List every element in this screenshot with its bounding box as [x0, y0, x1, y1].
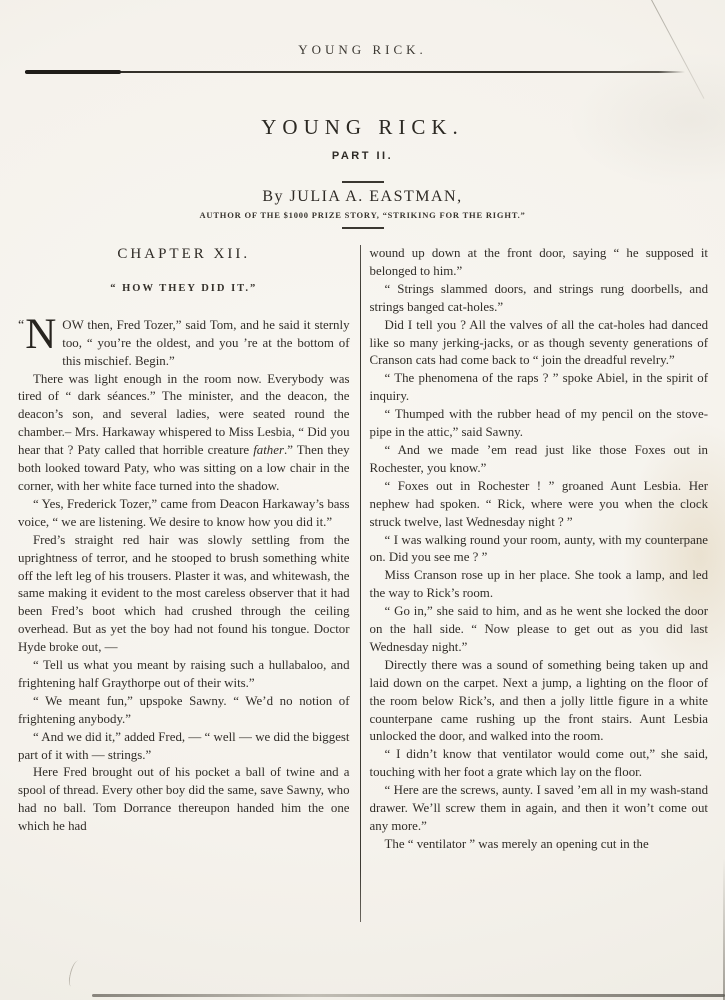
paragraph: “ Strings slammed doors, and strings run…	[370, 281, 708, 317]
paragraph: wound up down at the front door, saying …	[370, 245, 708, 281]
opening-paragraph: “NOW then, Fred Tozer,” said Tom, and he…	[18, 317, 350, 371]
right-column: wound up down at the front door, saying …	[370, 245, 708, 922]
author-credit: AUTHOR OF THE $1000 PRIZE STORY, “STRIKI…	[0, 210, 725, 220]
paragraph: “ I didn’t know that ventilator would co…	[370, 746, 708, 782]
part-label: PART II.	[0, 150, 725, 162]
paragraph: “ And we made ’em read just like those F…	[370, 442, 708, 478]
left-column-text: “NOW then, Fred Tozer,” said Tom, and he…	[18, 317, 350, 836]
chapter-subtitle: “ HOW THEY DID IT.”	[18, 280, 350, 298]
paragraph: Miss Cranson rose up in her place. She t…	[370, 567, 708, 603]
paragraph: Fred’s straight red hair was slowly sett…	[18, 532, 350, 657]
text-columns: CHAPTER XII. “ HOW THEY DID IT.” “NOW th…	[18, 245, 708, 922]
paragraph: “ Foxes out in Rochester ! ” groaned Aun…	[370, 478, 708, 532]
chapter-heading: CHAPTER XII.	[18, 246, 350, 264]
left-column: CHAPTER XII. “ HOW THEY DID IT.” “NOW th…	[18, 245, 350, 922]
scan-pencil-mark-artifact	[67, 959, 82, 987]
paragraph: “ And we did it,” added Fred, — “ well —…	[18, 729, 350, 765]
title-divider-rule	[342, 181, 384, 183]
paragraph: The “ ventilator ” was merely an opening…	[370, 836, 708, 854]
paragraph: “ Tell us what you meant by raising such…	[18, 657, 350, 693]
paragraph: “ I was walking round your room, aunty, …	[370, 532, 708, 568]
book-page: YOUNG RICK. YOUNG RICK. PART II. By JULI…	[0, 0, 725, 1000]
opening-paragraph-text: OW then, Fred Tozer,” said Tom, and he s…	[62, 318, 349, 368]
column-divider-rule	[360, 245, 361, 922]
paragraph: There was light enough in the room now. …	[18, 371, 350, 496]
right-paragraph-group: wound up down at the front door, saying …	[370, 245, 708, 854]
left-paragraph-group: There was light enough in the room now. …	[18, 371, 350, 837]
paragraph: “ Yes, Frederick Tozer,” came from Deaco…	[18, 496, 350, 532]
paragraph: “ We meant fun,” upspoke Sawny. “ We’d n…	[18, 693, 350, 729]
paragraph: “ Here are the screws, aunty. I saved ’e…	[370, 782, 708, 836]
drop-cap: N	[25, 317, 62, 353]
byline-divider-rule	[342, 227, 384, 229]
paragraph: “ Go in,” she said to him, and as he wen…	[370, 603, 708, 657]
paragraph: Directly there was a sound of something …	[370, 657, 708, 747]
byline: By JULIA A. EASTMAN,	[0, 188, 725, 206]
scan-bottom-edge-artifact	[92, 994, 725, 997]
paragraph: Did I tell you ? All the valves of all t…	[370, 317, 708, 371]
paragraph: “ Thumped with the rubber head of my pen…	[370, 406, 708, 442]
running-head: YOUNG RICK.	[0, 42, 725, 58]
opening-quote-mark: “	[18, 318, 24, 334]
paragraph: “ The phenomena of the raps ? ” spoke Ab…	[370, 370, 708, 406]
header-rule-heavy-segment	[25, 70, 121, 74]
paragraph: Here Fred brought out of his pocket a ba…	[18, 764, 350, 836]
story-title: YOUNG RICK.	[0, 115, 725, 140]
header-rule	[25, 71, 685, 73]
